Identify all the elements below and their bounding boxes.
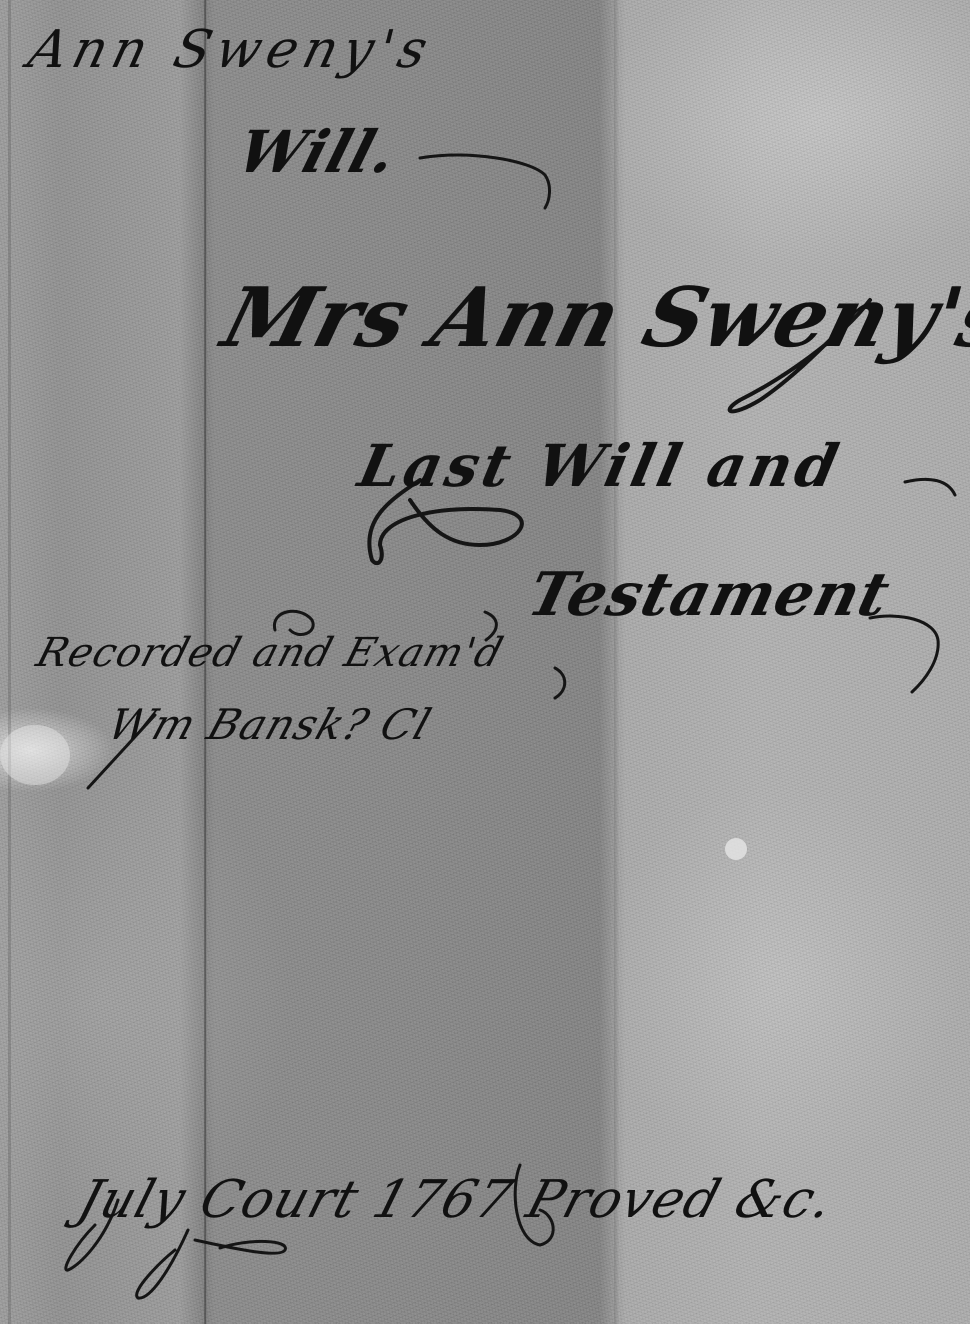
heading-title-line-2: Testament [521,560,897,630]
heading-title-line-1: Last Will and [353,432,848,500]
recorded-note: Recorded and Exam'd [31,630,508,676]
docket-name: Ann Sweny's [23,20,440,80]
court-probate-note: July Court 1767 Proved &c. [71,1170,840,1230]
handwritten-text: Ann Sweny's Will. Mrs Ann Sweny's Last W… [0,0,970,1324]
clerk-signature: Wm Bansk? Cl [102,700,438,749]
manuscript-page: Ann Sweny's Will. Mrs Ann Sweny's Last W… [0,0,970,1324]
docket-label: Will. [230,118,405,186]
heading-name: Mrs Ann Sweny's [213,270,970,366]
